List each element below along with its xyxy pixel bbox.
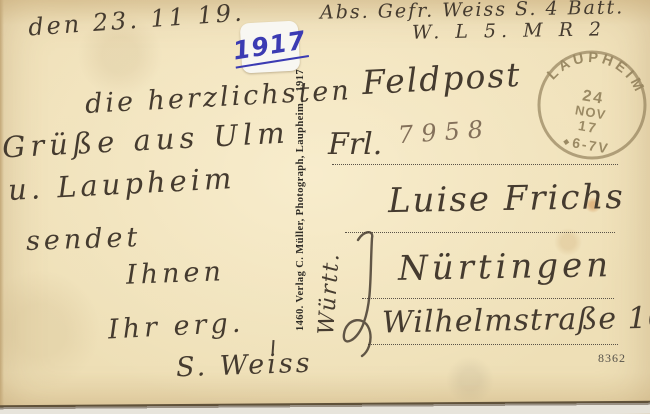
message-line-6: Ihr erg. <box>107 309 245 343</box>
address-rule-4 <box>368 344 618 345</box>
address-city: Nürtingen <box>398 248 613 286</box>
address-rule-3 <box>362 298 614 299</box>
postcard-scan: den 23. 11 19. 1917 Abs. Gefr. Weiss S. … <box>0 0 650 414</box>
card-left-edge-shadow <box>0 0 4 414</box>
publisher-imprint: 1460. Verlag C. Müller, Photograph, Laup… <box>295 69 306 331</box>
publisher-year: 1917 <box>295 69 306 92</box>
feldpost-label: Feldpost <box>361 58 522 99</box>
sender-line-2: W. L 5. M R 2 <box>412 20 606 42</box>
postmark-diamond-icon: ◆ <box>563 137 571 147</box>
postmark-time: 6-7V <box>571 134 611 156</box>
field-post-number: 7958 <box>397 117 492 147</box>
print-number: 8362 <box>598 351 626 366</box>
postmark-year: 17 <box>577 117 599 136</box>
message-line-5: Ihnen <box>126 258 226 288</box>
address-street: Wilhelmstraße 10 <box>382 304 650 339</box>
flourish-mark <box>340 228 386 360</box>
publisher-line: 1460. Verlag C. Müller, Photograph, Laup… <box>295 100 306 331</box>
postmark-stamp: LAUPHEIM 24 NOV 17 ◆ 6-7V <box>534 44 650 166</box>
address-name: Luise Frichs <box>388 180 625 218</box>
year-label-text: 1917 <box>231 25 309 68</box>
address-salutation: Frl. <box>328 130 382 160</box>
message-line-7: S. Weiss <box>176 350 313 382</box>
message-line-4: sendet <box>26 224 142 255</box>
year-label-sticker: 1917 <box>240 21 301 74</box>
